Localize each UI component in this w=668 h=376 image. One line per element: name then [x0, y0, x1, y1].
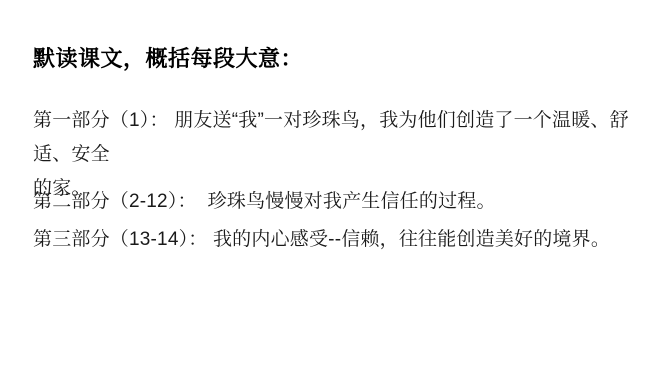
paragraph-part-2-line-1: 第二部分（2-12）： 珍珠鸟慢慢对我产生信任的过程。	[33, 191, 496, 212]
slide-title: 默读课文，概括每段大意：	[33, 44, 303, 74]
paragraph-part-2: 第二部分（2-12）： 珍珠鸟慢慢对我产生信任的过程。	[33, 185, 655, 219]
paragraph-part-3: 第三部分（13-14）： 我的内心感受--信赖，往往能创造美好的境界。	[33, 223, 655, 257]
paragraph-part-1-line-1: 第一部分（1）： 朋友送“我”一对珍珠鸟，我为他们创造了一个温暖、舒适、安全	[33, 110, 629, 165]
presentation-slide: 默读课文，概括每段大意： 第一部分（1）： 朋友送“我”一对珍珠鸟，我为他们创造…	[0, 0, 668, 376]
paragraph-part-3-line-1: 第三部分（13-14）： 我的内心感受--信赖，往往能创造美好的境界。	[33, 229, 610, 250]
